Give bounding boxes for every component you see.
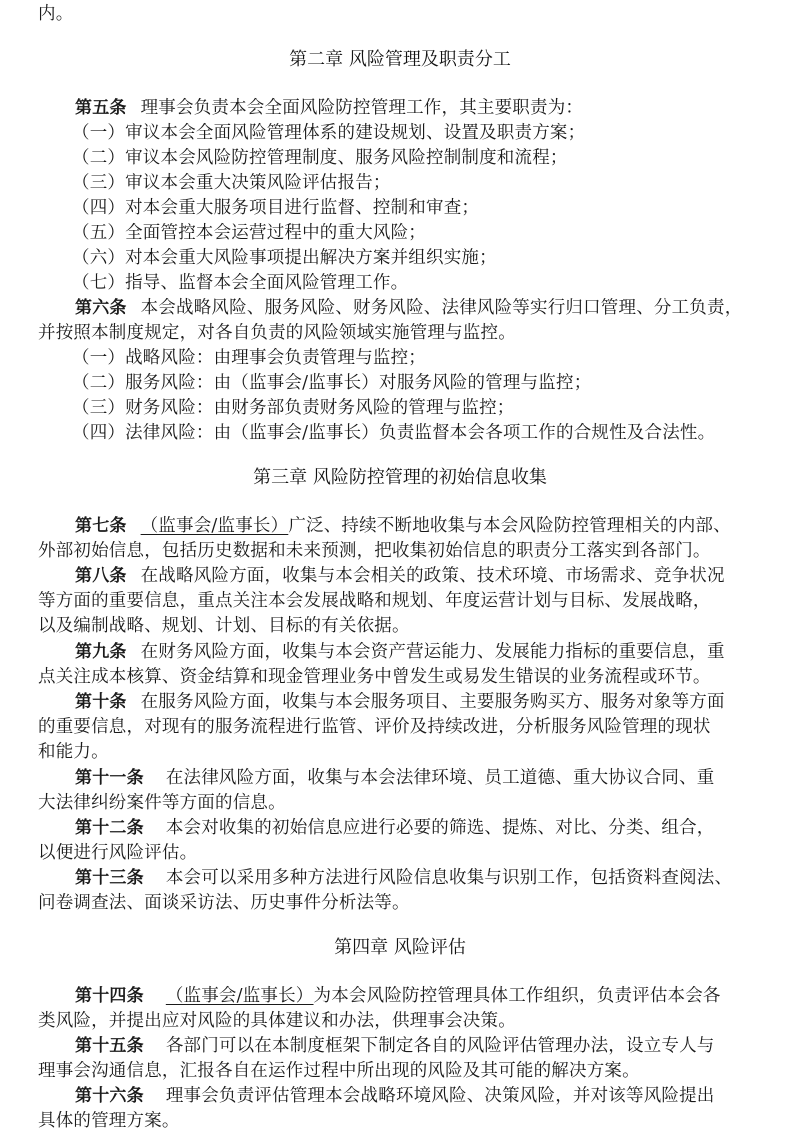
article-5-item-2: （二）审议本会风险防控管理制度、服务风险控制制度和流程； xyxy=(72,146,568,170)
document-page: 内。 第二章 风险管理及职责分工 第五条理事会负责本会全面风险防控管理工作，其主… xyxy=(0,0,800,1136)
article-13-line-2: 问卷调查法、面谈采访法、历史事件分析法等。 xyxy=(38,891,410,915)
article-11: 第十一条在法律风险方面，收集与本会法律环境、员工道德、重大协议合同、重 xyxy=(75,766,715,790)
article-13: 第十三条本会可以采用多种方法进行风险信息收集与识别工作，包括资料查阅法、 xyxy=(75,866,732,890)
article-6-item-1: （一）战略风险：由理事会负责管理与监控； xyxy=(72,346,426,370)
article-5-item-6: （六）对本会重大风险事项提出解决方案并组织实施； xyxy=(72,246,497,270)
article-15-line-2: 理事会沟通信息，汇报各自在运作过程中所出现的风险及其可能的解决方案。 xyxy=(38,1059,640,1083)
article-label: 第十五条 xyxy=(75,1036,144,1056)
article-label: 第八条 xyxy=(75,566,127,586)
article-9-line-2: 点关注成本核算、资金结算和现金管理业务中曾发生或易发生错误的业务流程或环节。 xyxy=(38,665,711,689)
article-5-item-3: （三）审议本会重大决策风险评估报告； xyxy=(72,171,391,195)
article-label: 第十条 xyxy=(75,692,127,712)
article-8: 第八条在战略风险方面，收集与本会相关的政策、技术环境、市场需求、竞争状况 xyxy=(75,564,725,588)
article-8-line-2: 等方面的重要信息，重点关注本会发展战略和规划、年度运营计划与目标、发展战略， xyxy=(38,589,711,613)
article-8-line-3: 以及编制战略、规划、计划、目标的有关依据。 xyxy=(38,614,410,638)
article-label: 第十一条 xyxy=(75,768,144,788)
article-15: 第十五条各部门可以在本制度框架下制定各自的风险评估管理办法，设立专人与 xyxy=(75,1034,715,1058)
article-label: 第五条 xyxy=(75,98,127,118)
continuation-text: 内。 xyxy=(38,2,73,26)
article-14-line-2: 类风险，并提出应对风险的具体建议和办法，供理事会决策。 xyxy=(38,1009,516,1033)
article-16: 第十六条理事会负责评估管理本会战略环境风险、决策风险，并对该等风险提出 xyxy=(75,1084,715,1108)
article-14: 第十四条（监事会/监事长）为本会风险防控管理具体工作组织，负责评估本会各 xyxy=(75,984,721,1008)
article-7-line-2: 外部初始信息，包括历史数据和未来预测，把收集初始信息的职责分工落实到各部门。 xyxy=(38,539,711,563)
article-6-item-4: （四）法律风险：由（监事会/监事长）负责监督本会各项工作的合规性及合法性。 xyxy=(72,421,715,445)
article-label: 第十二条 xyxy=(75,818,144,838)
article-label: 第七条 xyxy=(75,516,127,536)
article-10-line-2: 的重要信息，对现有的服务流程进行监管、评价及持续改进，分析服务风险管理的现状 xyxy=(38,715,711,739)
article-label: 第十六条 xyxy=(75,1086,144,1106)
article-6: 第六条本会战略风险、服务风险、财务风险、法律风险等实行归口管理、分工负责， xyxy=(75,296,742,320)
article-5-item-7: （七）指导、监督本会全面风险管理工作。 xyxy=(72,271,408,295)
underlined-role: （监事会/监事长） xyxy=(166,986,314,1006)
article-7: 第七条（监事会/监事长）广泛、持续不断地收集与本会风险防控管理相关的内部、 xyxy=(75,514,731,538)
chapter-2-heading: 第二章 风险管理及职责分工 xyxy=(0,48,800,72)
article-6-item-3: （三）财务风险：由财务部负责财务风险的管理与监控； xyxy=(72,396,515,420)
article-10: 第十条在服务风险方面，收集与本会服务项目、主要服务购买方、服务对象等方面 xyxy=(75,690,725,714)
article-label: 第九条 xyxy=(75,642,127,662)
article-label: 第十三条 xyxy=(75,868,144,888)
article-label: 第十四条 xyxy=(75,986,144,1006)
article-16-line-2: 具体的管理方案。 xyxy=(38,1109,180,1133)
article-label: 第六条 xyxy=(75,298,127,318)
chapter-3-heading: 第三章 风险防控管理的初始信息收集 xyxy=(0,466,800,490)
article-12-line-2: 以便进行风险评估。 xyxy=(38,841,197,865)
article-5-item-4: （四）对本会重大服务项目进行监督、控制和审查； xyxy=(72,196,479,220)
article-11-line-2: 大法律纠纷案件等方面的信息。 xyxy=(38,791,286,815)
chapter-4-heading: 第四章 风险评估 xyxy=(0,936,800,960)
article-10-line-3: 和能力。 xyxy=(38,740,109,764)
article-5: 第五条理事会负责本会全面风险防控管理工作，其主要职责为： xyxy=(75,96,583,120)
article-5-item-5: （五）全面管控本会运营过程中的重大风险； xyxy=(72,221,426,245)
article-12: 第十二条本会对收集的初始信息应进行必要的筛选、提炼、对比、分类、组合， xyxy=(75,816,715,840)
article-6-line-2: 并按照本制度规定，对各自负责的风险领域实施管理与监控。 xyxy=(38,321,516,345)
underlined-role: （监事会/监事长） xyxy=(141,516,289,536)
article-9: 第九条在财务风险方面，收集与本会资产营运能力、发展能力指标的重要信息，重 xyxy=(75,640,725,664)
article-5-item-1: （一）审议本会全面风险管理体系的建设规划、设置及职责方案； xyxy=(72,121,585,145)
article-6-item-2: （二）服务风险：由（监事会/监事长）对服务风险的管理与监控； xyxy=(72,371,591,395)
